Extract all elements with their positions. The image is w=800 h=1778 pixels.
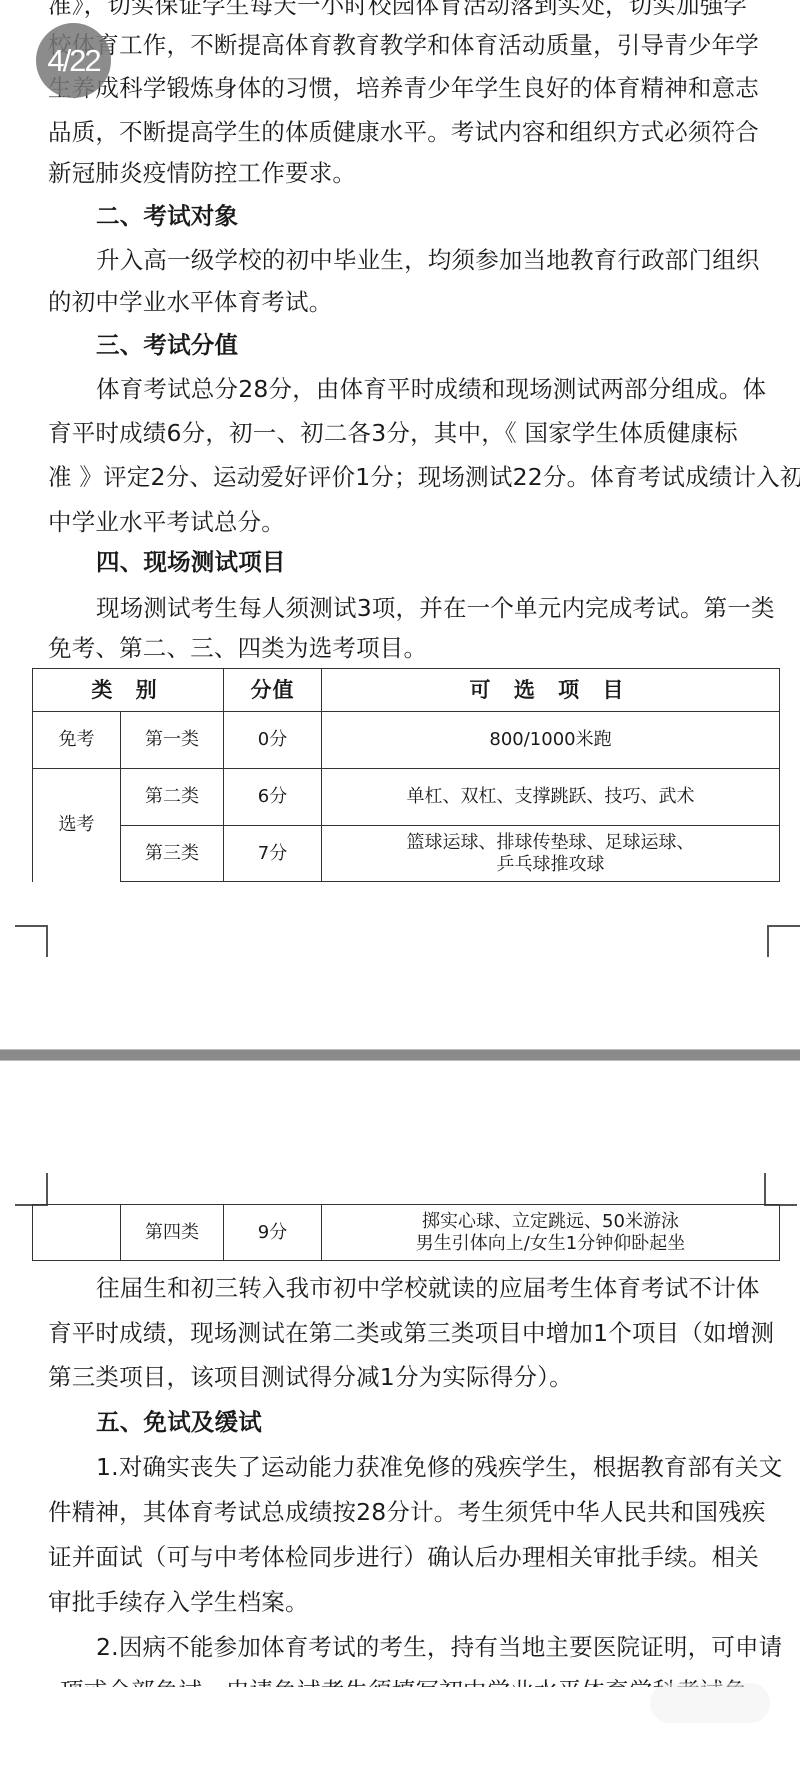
items-line: 乒乓球推攻球: [322, 854, 779, 876]
items-cell: 单杠、双杠、支撑跳跃、技巧、武术: [322, 769, 780, 826]
paragraph-line-cropped: 项或全部免试。申请免试考生须填写初中学业水平体育学科考试免: [60, 1676, 747, 1687]
header-score: 分值: [224, 669, 322, 712]
items-line: 掷实心球、立定跳远、50米游泳: [322, 1211, 779, 1233]
items-line: 篮球运球、排球传垫球、足球运球、: [322, 832, 779, 854]
paragraph-line: 审批手续存入学生档案。: [48, 1587, 309, 1617]
table-row: 第四类 9分 掷实心球、立定跳远、50米游泳 男生引体向上/女生1分钟仰卧起坐: [33, 1205, 780, 1261]
group-cell: 选考: [33, 769, 121, 882]
section-heading-exemption: 五、免试及缓试: [96, 1407, 262, 1437]
header-items: 可 选 项 目: [322, 669, 780, 712]
paragraph-line: 1.对确实丧失了运动能力获准免修的残疾学生，根据教育部有关文: [96, 1452, 782, 1482]
paragraph-line: 件精神，其体育考试总成绩按28分计。考生须凭中华人民共和国残疾: [48, 1497, 766, 1527]
items-cell: 800/1000米跑: [322, 712, 780, 769]
crop-mark-bottom-left: [15, 925, 48, 927]
paragraph-line: 品质，不断提高学生的体质健康水平。考试内容和组织方式必须符合: [48, 117, 759, 147]
section-heading-exam-scores: 三、考试分值: [96, 330, 238, 360]
paragraph-line: 校体育工作，不断提高体育教育教学和体育活动质量，引导青少年学: [48, 30, 759, 60]
paragraph-line: 免考、第二、三、四类为选考项目。: [48, 633, 427, 663]
paragraph-line: 育平时成绩，现场测试在第二类或第三类项目中增加1个项目（如增测: [48, 1318, 774, 1348]
paragraph-line: 证并面试（可与中考体检同步进行）确认后办理相关审批手续。相关: [48, 1542, 759, 1572]
paragraph-line: 中学业水平考试总分。: [48, 507, 285, 537]
category-cell: 第三类: [121, 826, 224, 882]
category-cell: 第一类: [121, 712, 224, 769]
group-cell: [33, 1205, 121, 1261]
items-cell: 掷实心球、立定跳远、50米游泳 男生引体向上/女生1分钟仰卧起坐: [322, 1205, 780, 1261]
paragraph-line: 第三类项目，该项目测试得分减1分为实际得分）。: [48, 1362, 573, 1392]
paragraph-line: 的初中学业水平体育考试。: [48, 287, 332, 317]
score-cell: 9分: [224, 1205, 322, 1261]
table-row: 免考 第一类 0分 800/1000米跑: [33, 712, 780, 769]
paragraph-line: 现场测试考生每人须测试3项，并在一个单元内完成考试。第一类: [96, 593, 775, 623]
paragraph-line: 育平时成绩6分，初一、初二各3分，其中，《 国家学生体质健康标: [48, 418, 738, 448]
table-row: 选考 第二类 6分 单杠、双杠、支撑跳跃、技巧、武术: [33, 769, 780, 826]
paragraph-line: 体育考试总分28分，由体育平时成绩和现场测试两部分组成。体: [96, 374, 766, 404]
watermark: [650, 1683, 770, 1723]
paragraph-line: 新冠肺炎疫情防控工作要求。: [48, 158, 356, 188]
category-cell: 第四类: [121, 1205, 224, 1261]
page-separator: [0, 1049, 800, 1061]
score-cell: 7分: [224, 826, 322, 882]
crop-mark-bottom-left: [46, 925, 48, 957]
section-heading-exam-subjects: 二、考试对象: [96, 201, 238, 231]
paragraph-line: 升入高一级学校的初中毕业生，均须参加当地教育行政部门组织: [96, 245, 760, 275]
page-indicator-badge: 4/22: [36, 23, 111, 98]
paragraph-line: 生养成科学锻炼身体的习惯，培养青少年学生良好的体育精神和意志: [48, 73, 759, 103]
section-heading-onsite-tests: 四、现场测试项目: [96, 547, 286, 577]
crop-mark-top-right: [764, 1173, 766, 1205]
score-cell: 0分: [224, 712, 322, 769]
paragraph-line: 往届生和初三转入我市初中学校就读的应届考生体育考试不计体: [96, 1273, 760, 1303]
crop-mark-top-left: [46, 1173, 48, 1205]
table-row: 第三类 7分 篮球运球、排球传垫球、足球运球、 乒乓球推攻球: [33, 826, 780, 882]
crop-mark-bottom-right: [767, 925, 800, 927]
header-category: 类 别: [33, 669, 224, 712]
paragraph-line: 准 》评定2分、运动爱好评价1分；现场测试22分。体育考试成绩计入初: [48, 462, 800, 492]
table-header-row: 类 别 分值 可 选 项 目: [33, 669, 780, 712]
paragraph-line: 准》，切实保证学生每天一小时校园体育活动落到实处，切实加强学: [48, 0, 747, 20]
test-items-table-continued: 第四类 9分 掷实心球、立定跳远、50米游泳 男生引体向上/女生1分钟仰卧起坐: [32, 1204, 780, 1261]
items-cell: 篮球运球、排球传垫球、足球运球、 乒乓球推攻球: [322, 826, 780, 882]
test-items-table: 类 别 分值 可 选 项 目 免考 第一类 0分 800/1000米跑 选考 第…: [32, 668, 780, 882]
score-cell: 6分: [224, 769, 322, 826]
category-cell: 第二类: [121, 769, 224, 826]
group-cell: 免考: [33, 712, 121, 769]
paragraph-line: 2.因病不能参加体育考试的考生，持有当地主要医院证明，可申请: [96, 1632, 782, 1662]
crop-mark-bottom-right: [767, 925, 769, 957]
items-line: 男生引体向上/女生1分钟仰卧起坐: [322, 1233, 779, 1255]
